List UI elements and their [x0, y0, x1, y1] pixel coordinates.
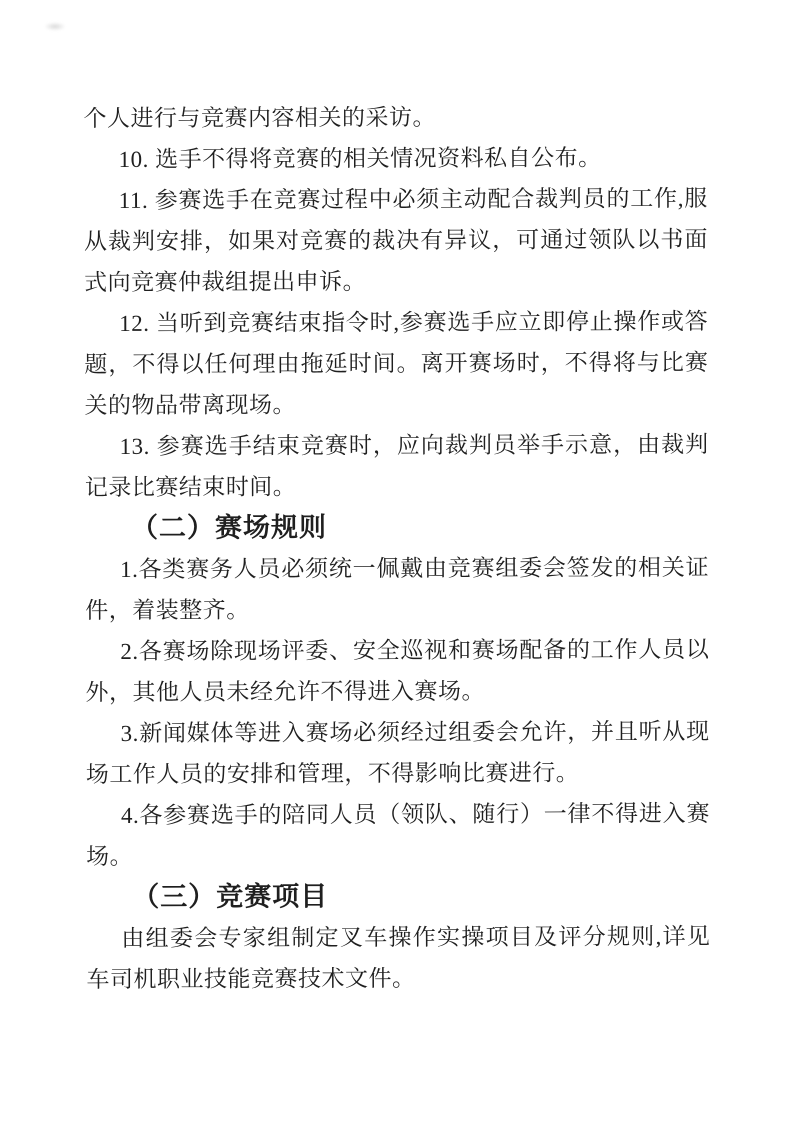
- text-line: 关的物品带离现场。: [84, 383, 708, 426]
- text-line: 1.各类赛务人员必须统一佩戴由竞赛组委会签发的相关证: [85, 547, 709, 590]
- text-line: 车司机职业技能竞赛技术文件。: [86, 957, 710, 1000]
- text-line: 4.各参赛选手的陪同人员（领队、随行）一律不得进入赛: [86, 793, 710, 836]
- text-line: 10. 选手不得将竞赛的相关情况资料私自公布。: [84, 137, 708, 180]
- text-line: 场。: [86, 834, 710, 877]
- text-line: 13. 参赛选手结束竞赛时，应向裁判员举手示意，由裁判员: [85, 424, 709, 467]
- text-line: 从裁判安排，如果对竞赛的裁决有异议，可通过领队以书面形: [84, 219, 708, 262]
- text-line: 个人进行与竞赛内容相关的采访。: [83, 96, 707, 139]
- section-heading: （二）赛场规则: [85, 506, 709, 549]
- text-line: 外，其他人员未经允许不得进入赛场。: [85, 670, 709, 713]
- text-line: 由组委会专家组制定叉车操作实操项目及评分规则,详见叉: [86, 916, 710, 959]
- section-heading: （三）竞赛项目: [86, 875, 710, 918]
- text-line: 记录比赛结束时间。: [85, 465, 709, 508]
- text-line: 场工作人员的安排和管理，不得影响比赛进行。: [86, 752, 710, 795]
- text-line: 12. 当听到竞赛结束指令时,参赛选手应立即停止操作或答: [84, 301, 708, 344]
- text-block: 个人进行与竞赛内容相关的采访。10. 选手不得将竞赛的相关情况资料私自公布。11…: [83, 96, 710, 1000]
- text-line: 3.新闻媒体等进入赛场必须经过组委会允许，并且听从现: [86, 711, 710, 754]
- text-line: 式向竞赛仲裁组提出申诉。: [84, 260, 708, 303]
- smudge-mark: [44, 22, 66, 31]
- document-page: 个人进行与竞赛内容相关的采访。10. 选手不得将竞赛的相关情况资料私自公布。11…: [0, 0, 793, 1121]
- text-line: 题，不得以任何理由拖延时间。离开赛场时，不得将与比赛有: [84, 342, 708, 385]
- text-line: 11. 参赛选手在竞赛过程中必须主动配合裁判员的工作,服: [84, 178, 708, 221]
- text-line: 件，着装整齐。: [85, 588, 709, 631]
- text-line: 2.各赛场除现场评委、安全巡视和赛场配备的工作人员以: [85, 629, 709, 672]
